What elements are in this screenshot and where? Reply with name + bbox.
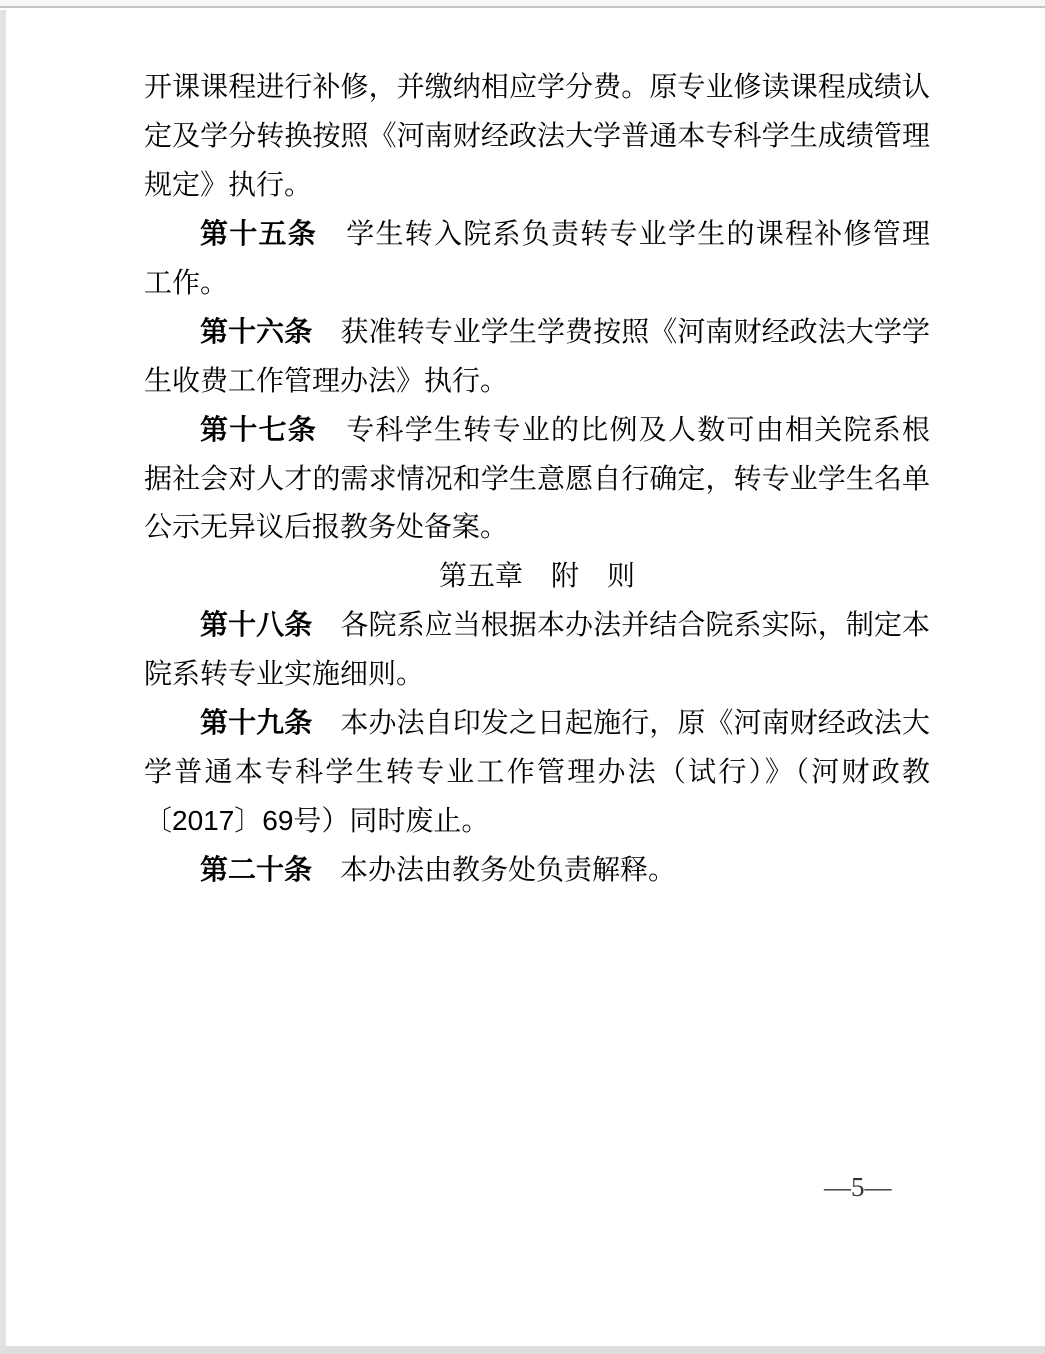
article-number: 第十五条 — [200, 218, 317, 249]
text-line-article-15: 第十五条 学生转入院系负责转专业学生的课程补修管理 — [144, 210, 930, 259]
page-number: —5— — [824, 1172, 892, 1203]
chapter-heading: 第五章 附 则 — [144, 552, 930, 601]
text-line-article-17: 第十七条 专科学生转专业的比例及人数可由相关院系根 — [144, 406, 930, 455]
document-viewport: 开课课程进行补修，并缴纳相应学分费。原专业修读课程成绩认 定及学分转换按照《河南… — [0, 0, 1045, 1354]
text-line-article-18: 第十八条 各院系应当根据本办法并结合院系实际，制定本 — [144, 601, 930, 650]
text-line: 生收费工作管理办法》执行。 — [144, 357, 930, 406]
page-text-content: 开课课程进行补修，并缴纳相应学分费。原专业修读课程成绩认 定及学分转换按照《河南… — [144, 63, 930, 895]
article-number: 第二十条 — [200, 854, 312, 885]
article-body: 本办法由教务处负责解释。 — [312, 854, 676, 885]
text-line: 院系转专业实施细则。 — [144, 650, 930, 699]
text-line-article-19: 第十九条 本办法自印发之日起施行，原《河南财经政法大 — [144, 699, 930, 748]
article-number: 第十九条 — [200, 707, 312, 738]
text-line-article-16: 第十六条 获准转专业学生学费按照《河南财经政法大学学 — [144, 308, 930, 357]
text-line: 工作。 — [144, 259, 930, 308]
article-body: 各院系应当根据本办法并结合院系实际，制定本 — [312, 609, 930, 640]
text-line: 开课课程进行补修，并缴纳相应学分费。原专业修读课程成绩认 — [144, 63, 930, 112]
text-line-article-20: 第二十条 本办法由教务处负责解释。 — [144, 846, 930, 895]
text-line: 规定》执行。 — [144, 161, 930, 210]
article-body: 专科学生转专业的比例及人数可由相关院系根 — [317, 414, 930, 445]
article-number: 第十七条 — [200, 414, 317, 445]
text-line: 〔2017〕69号）同时废止。 — [144, 797, 930, 846]
viewer-bottom-margin — [0, 1346, 1045, 1354]
article-body: 本办法自印发之日起施行，原《河南财经政法大 — [312, 707, 930, 738]
article-body: 学生转入院系负责转专业学生的课程补修管理 — [317, 218, 930, 249]
article-number: 第十八条 — [200, 609, 312, 640]
viewer-left-margin — [0, 10, 6, 1346]
text-line: 公示无异议后报教务处备案。 — [144, 503, 930, 552]
page-top-edge — [0, 0, 1045, 8]
text-line: 定及学分转换按照《河南财经政法大学普通本专科学生成绩管理 — [144, 112, 930, 161]
article-number: 第十六条 — [200, 316, 312, 347]
text-line: 据社会对人才的需求情况和学生意愿自行确定，转专业学生名单 — [144, 455, 930, 504]
article-body: 获准转专业学生学费按照《河南财经政法大学学 — [312, 316, 930, 347]
text-line: 学普通本专科学生转专业工作管理办法（试行）》（河财政教 — [144, 748, 930, 797]
